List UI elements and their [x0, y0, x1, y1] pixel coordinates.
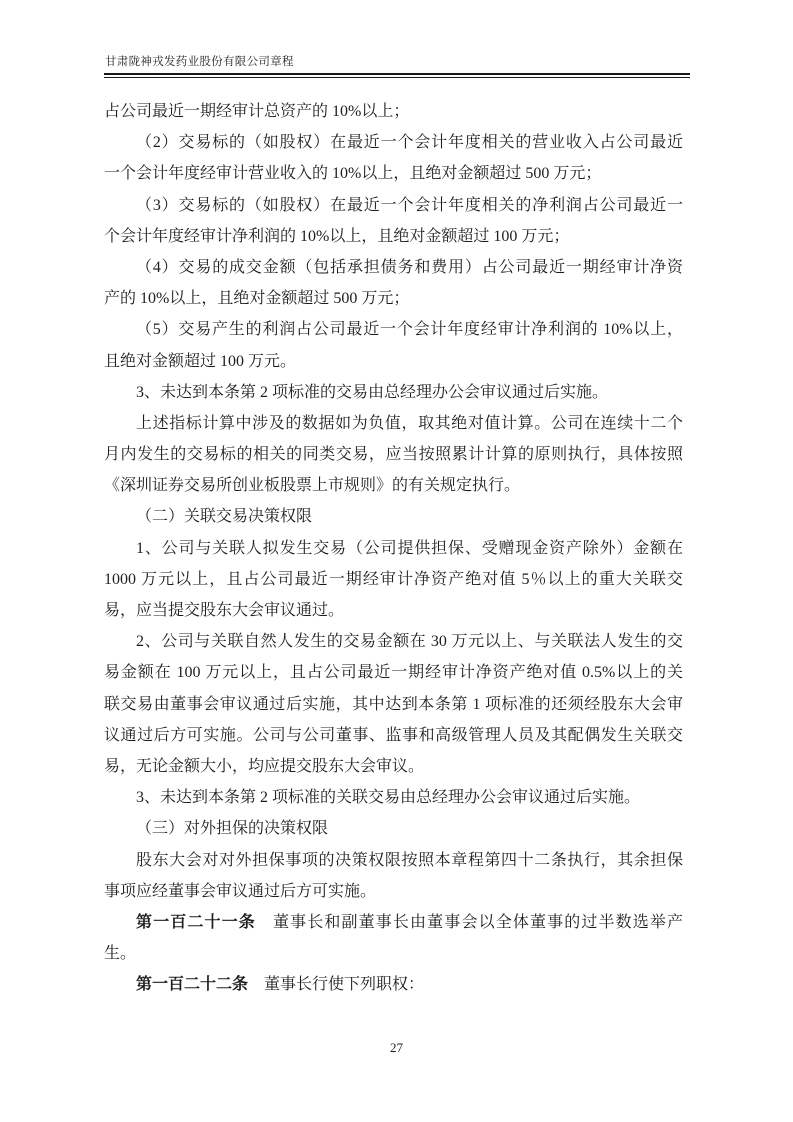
text-line: 占公司最近一期经审计总资产的 10%以上；: [104, 96, 683, 127]
text-line: 联交易由董事会审议通过后实施，其中达到本条第 1 项标准的还须经股东大会审: [104, 689, 683, 720]
text-line: 且绝对金额超过 100 万元。: [104, 346, 683, 377]
header-title: 甘肃陇神戎发药业股份有限公司章程: [105, 53, 294, 69]
text-line: （2）交易标的（如股权）在最近一个会计年度相关的营业收入占公司最近: [104, 127, 683, 158]
text-line: （3）交易标的（如股权）在最近一个会计年度相关的净利润占公司最近一: [104, 190, 683, 221]
text-line: 议通过后方可实施。公司与公司董事、监事和高级管理人员及其配偶发生关联交: [104, 720, 683, 751]
text-line: 《深圳证券交易所创业板股票上市规则》的有关规定执行。: [104, 470, 683, 501]
text-line: （5）交易产生的利润占公司最近一个会计年度经审计净利润的 10%以上，: [104, 314, 683, 345]
text-line: 3、未达到本条第 2 项标准的关联交易由总经理办公会审议通过后实施。: [104, 782, 683, 813]
page-number: 27: [0, 1040, 793, 1056]
article-number-bold: 第一百二十二条: [136, 976, 248, 993]
text-line: 2、公司与关联自然人发生的交易金额在 30 万元以上、与关联法人发生的交: [104, 626, 683, 657]
header-rule: [104, 73, 690, 78]
document-lines: 占公司最近一期经审计总资产的 10%以上；（2）交易标的（如股权）在最近一个会计…: [104, 96, 683, 1000]
document-body: 占公司最近一期经审计总资产的 10%以上；（2）交易标的（如股权）在最近一个会计…: [104, 96, 683, 1000]
text-line: 生。: [104, 938, 683, 969]
text-line: 1000 万元以上，且占公司最近一期经审计净资产绝对值 5％以上的重大关联交: [104, 564, 683, 595]
text-line: 易金额在 100 万元以上，且占公司最近一期经审计净资产绝对值 0.5%以上的关: [104, 657, 683, 688]
text-line: 第一百二十一条 董事长和副董事长由董事会以全体董事的过半数选举产: [104, 907, 683, 938]
text-line: 上述指标计算中涉及的数据如为负值，取其绝对值计算。公司在连续十二个: [104, 408, 683, 439]
text-line: 个会计年度经审计净利润的 10%以上，且绝对金额超过 100 万元；: [104, 221, 683, 252]
text-line: 1、公司与关联人拟发生交易（公司提供担保、受赠现金资产除外）金额在: [104, 533, 683, 564]
text-line: 产的 10%以上，且绝对金额超过 500 万元；: [104, 283, 683, 314]
text-line: 股东大会对对外担保事项的决策权限按照本章程第四十二条执行，其余担保: [104, 845, 683, 876]
text-line: 第一百二十二条 董事长行使下列职权：: [104, 969, 683, 1000]
text-line: 易，应当提交股东大会审议通过。: [104, 595, 683, 626]
text-line: （4）交易的成交金额（包括承担债务和费用）占公司最近一期经审计净资: [104, 252, 683, 283]
text-line: 3、未达到本条第 2 项标准的交易由总经理办公会审议通过后实施。: [104, 377, 683, 408]
text-line: （二）关联交易决策权限: [104, 501, 683, 532]
text-line: 易，无论金额大小，均应提交股东大会审议。: [104, 751, 683, 782]
text-line: 事项应经董事会审议通过后方可实施。: [104, 876, 683, 907]
document-page: 甘肃陇神戎发药业股份有限公司章程 占公司最近一期经审计总资产的 10%以上；（2…: [0, 0, 793, 1122]
text-line: 一个会计年度经审计营业收入的 10%以上，且绝对金额超过 500 万元；: [104, 158, 683, 189]
article-number-bold: 第一百二十一条: [136, 914, 256, 931]
text-line: （三）对外担保的决策权限: [104, 813, 683, 844]
text-line: 月内发生的交易标的相关的同类交易，应当按照累计计算的原则执行，具体按照: [104, 439, 683, 470]
